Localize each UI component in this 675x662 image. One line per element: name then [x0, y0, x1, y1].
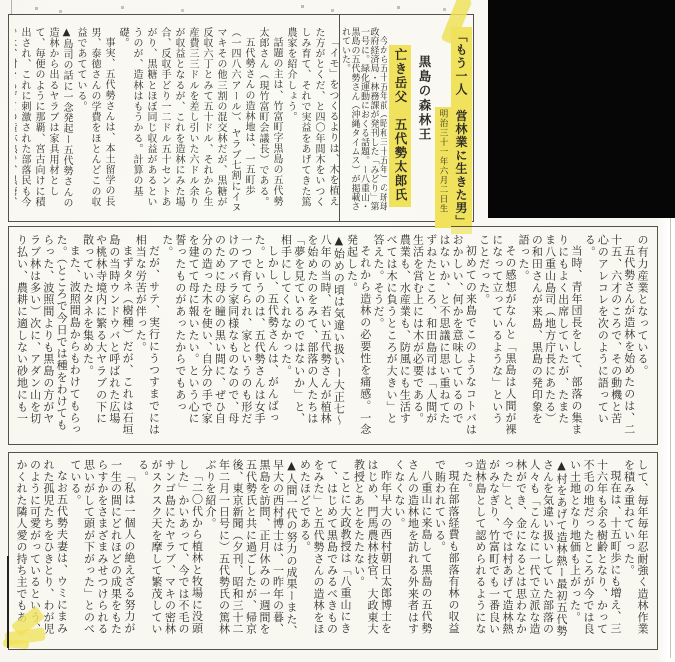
paragraph: 今から五十五年前（昭和三十五年）の琉球政府経済局・林務課が発刊した「みどり」第一… — [341, 27, 387, 219]
paragraph: 「イモ」をつくるよりは、木を植えた方がとくだ、と四〇年間木をいつくしみ育て、それ… — [283, 27, 339, 215]
headline-birthdate: 明治三十一年六月二日生 — [435, 107, 451, 228]
lead-intro-text: 今から五十五年前（昭和三十五年）の琉球政府経済局・林務課が発刊した「みどり」第一… — [341, 27, 387, 219]
paragraph: 昨年早大の西村朝日太郎博士をはじめ、門馬農林技官、大政東大教授とあとをたたない。 — [352, 459, 393, 645]
paragraph: して、毎年毎年忍耐強く造林作業を積み重ねていった。 — [622, 459, 649, 645]
paragraph: ▲村をあげて造林熱ー最初五代勢さんを気違い扱いしていた部落の人々も「こんなに一代… — [460, 459, 568, 645]
paragraph: しかし、五代勢さんは、がんばった。というのは、五代勢さんは女手一つで育てられ、家… — [160, 234, 279, 436]
paragraph: だが、サテ、実行にうつすまでには相当な労苦が伴った。 — [134, 234, 160, 436]
dark-left-rule — [7, 556, 9, 648]
paragraph: 初めての来島でこのようなコトバはおかしい、何かを意味しているのではないか、と不思… — [372, 234, 478, 436]
bottom-article-text: して、毎年毎年忍耐強く造林作業を積み重ねていった。現在は、十五町歩にも増え、三十… — [17, 459, 649, 645]
paragraph: ▲人間一代の努力の成果ーまた、早大の西村博士は、一昨年の暮、黒島を訪問、正月休み… — [204, 459, 299, 645]
top-article-text: 「イモ」をつくるよりは、木を植えた方がとくだ、と四〇年間木をいつくしみ育て、それ… — [15, 27, 339, 215]
headline-forest-king: 黒島の森林王 — [415, 55, 433, 142]
paragraph: 話題の主は、竹富町字黒島の五代勢太郎さん（現竹富町会議長）である。 — [255, 27, 283, 215]
paragraph: ことに大政教授は「八重山にきて、はじめて黒島でみるべきものをみた」と五代勢さんの… — [298, 459, 352, 645]
paragraph: まずタネ（樹種）だが、これは石垣島の当時ウンドウバと呼ばれた広場や桃林寺境内に繁… — [81, 234, 134, 436]
middle-article-section: の有力産業となっている。五代勢さんが造林を始めたのは、二十五、六才のころで、その… — [8, 226, 658, 445]
paragraph: ▲始めの頃は気違い扱いー大正七〜八年の当時、若い五代勢さんが植林を始めたのをみて… — [279, 234, 345, 436]
headline-father-name: 亡き岳父 五代勢太郎氏 — [389, 45, 411, 207]
paragraph: 五代勢さんが造林を始めたのは、二十五、六才のころで、その動機と苦心のアレコレを次… — [583, 234, 636, 436]
headline-main: 「もう一人 営林業に生きた男」 — [451, 27, 472, 234]
paragraph: ▲島司の話に一念発起ー五代勢さんの造林から出るヤラブは家具用材として、毎便のよう… — [15, 27, 73, 215]
newspaper-scan: 「もう一人 営林業に生きた男」 黒島の森林王 明治三十一年六月二日生 亡き岳父 … — [0, 0, 675, 662]
paragraph: の有力産業となっている。 — [636, 234, 649, 436]
bottom-article-section: して、毎年毎年忍耐強く造林作業を積み重ねていった。現在は、十五町歩にも増え、三十… — [8, 452, 658, 650]
paragraph: 現在は、十五町歩にも増え、三十六年も余る樹齢となり、かって不毛の地だったところが… — [568, 459, 622, 645]
paragraph: 「私は一個人の絶えざる努力が一生の間にどれほどの成果をもたらすかをさまざまみせつ… — [69, 459, 137, 645]
paragraph: 五代勢さんの造林地は、一五町歩（一四八六アール）、ヤラブ七割にイヌマキその他三割… — [115, 27, 255, 215]
paragraph: その感想がなんと「黒島は人間が裸になって立っているような」ということだった。 — [477, 234, 517, 436]
paragraph: 事実、五代勢さんは、本土留学の長男、泰徳さんの学費をほとんどこの収益であてている… — [73, 27, 115, 215]
redaction-block — [488, 0, 675, 218]
paragraph: それから造林の必要性を痛感。一念発起した。 — [345, 234, 371, 436]
paragraph: また、波照間島からもわけてもらった。（ところで今日では種をわけてもらった、波照間… — [17, 234, 81, 436]
paragraph: 「二〇代から植林と牧場に没頭した」かいあって、今では不毛のサンゴ島にたヤラブ、マ… — [136, 459, 204, 645]
headline-divider-rule — [339, 15, 340, 221]
middle-article-text: の有力産業となっている。五代勢さんが造林を始めたのは、二十五、六才のころで、その… — [17, 234, 649, 436]
paragraph: 当時、青年団長をして、部落の集まりにもよく出席していたが、たまたま八重山島司（地… — [517, 234, 583, 436]
page-edge-line — [670, 218, 671, 658]
top-article-section: 「もう一人 営林業に生きた男」 黒島の森林王 明治三十一年六月二日生 亡き岳父 … — [8, 14, 474, 222]
paragraph: 現在部落経費も部落有林の収益で賄われている。 — [433, 459, 460, 645]
paragraph: 八重山に来島して黒島の五代勢さんの造林地を訪れる外来者はすくなくない。 — [393, 459, 434, 645]
column-rule-stub — [11, 0, 12, 14]
torn-edge-fragments — [0, 4, 1, 5]
